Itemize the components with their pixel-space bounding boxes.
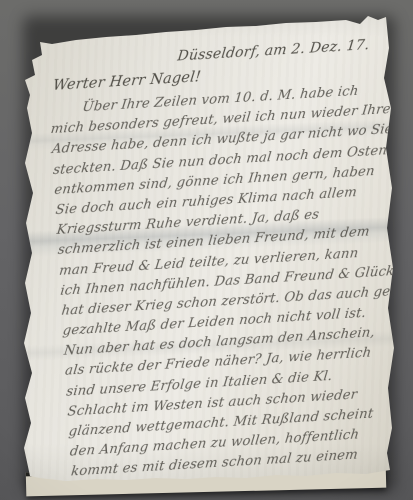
letter-content: Düsseldorf, am 2. Dez. 17. Werter Herr N… (39, 34, 413, 484)
photo-backdrop: { "photo": { "background_color": "#64646… (0, 0, 413, 500)
letter-paper: Düsseldorf, am 2. Dez. 17. Werter Herr N… (16, 8, 400, 492)
